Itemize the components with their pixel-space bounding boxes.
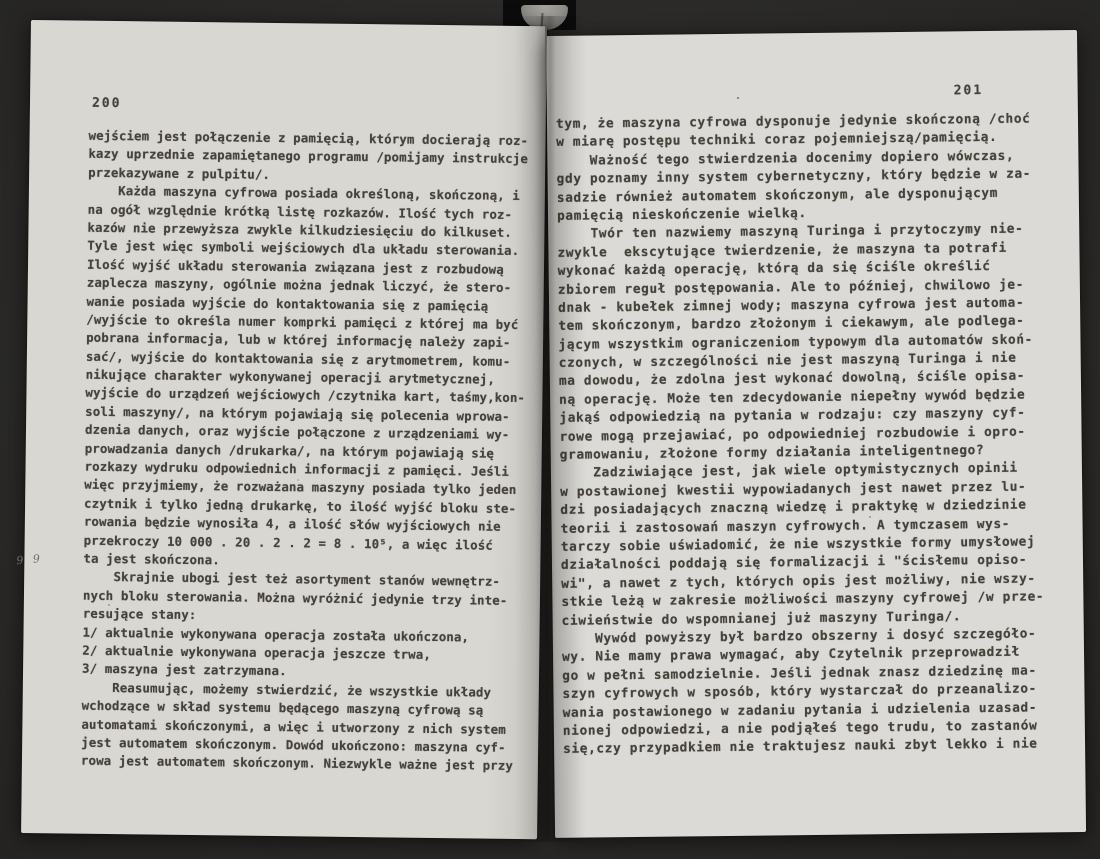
spine-crease: [545, 26, 547, 104]
page-number-left: 200: [92, 96, 122, 111]
page-left: 200 9 9 wejściem jest połączenie z pamię…: [21, 20, 547, 839]
page-left-text-block: wejściem jest połączenie z pamięcią, któ…: [81, 127, 528, 776]
handwritten-margin-mark: 9 9: [16, 552, 44, 567]
book-scan-spread: 200 9 9 wejściem jest połączenie z pamię…: [0, 0, 1100, 859]
page-number-right: 201: [954, 83, 984, 98]
page-right-text-block: tym, że maszyna cyfrowa dysponuje jedyni…: [556, 110, 1046, 759]
dust-specks: [0, 0, 2, 2]
page-right: 201 tym, że maszyna cyfrowa dysponuje je…: [546, 30, 1086, 838]
